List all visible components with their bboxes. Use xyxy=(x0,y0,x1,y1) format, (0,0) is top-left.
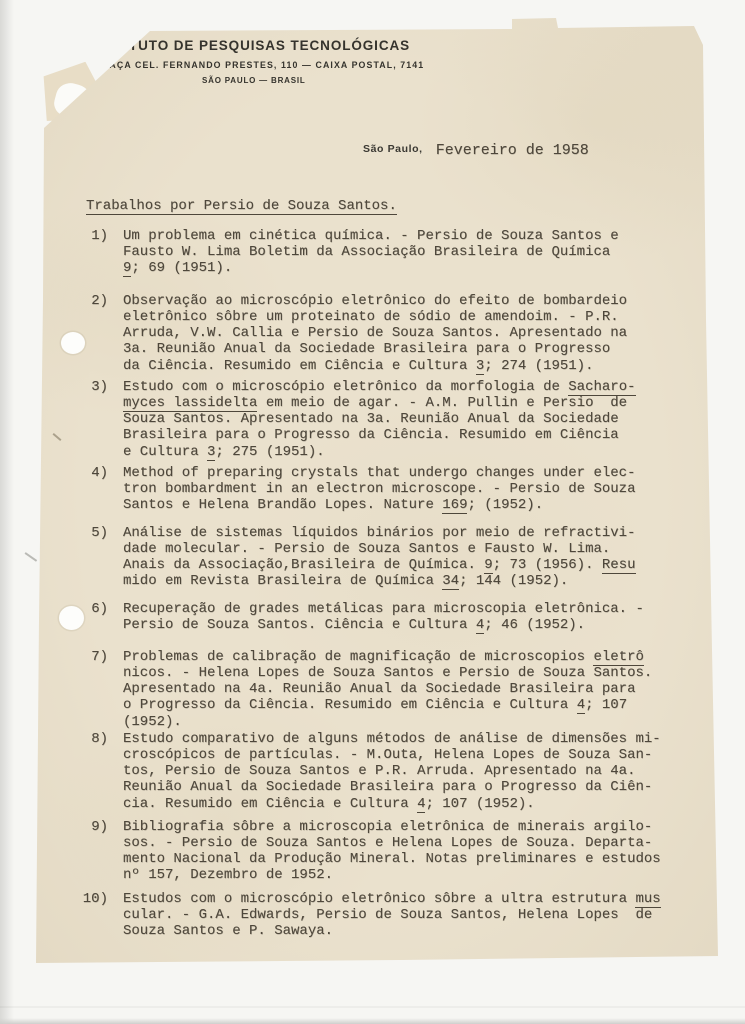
item-line: Santos e Helena Brandão Lopes. Nature 16… xyxy=(123,497,721,513)
item-line: Observação ao microscópio eletrônico do … xyxy=(123,293,721,309)
bibliography-item: 4)Method of preparing crystals that unde… xyxy=(56,465,721,513)
item-line: Souza Santos. Apresentado na 3a. Reunião… xyxy=(123,411,721,427)
scanner-seam xyxy=(0,1006,745,1008)
item-line: Apresentado na 4a. Reunião Anual da Soci… xyxy=(123,681,721,697)
punch-hole-bottom xyxy=(59,606,84,630)
bibliography-item: 7)Problemas de calibração de magnificaçã… xyxy=(56,649,721,730)
item-number: 2) xyxy=(56,293,108,309)
item-line: Anais da Associação,Brasileira de Químic… xyxy=(123,557,721,573)
pencil-mark xyxy=(25,552,37,561)
item-number: 4) xyxy=(56,465,108,481)
item-line: Brasileira para o Progresso da Ciência. … xyxy=(123,427,721,443)
item-line: nº 157, Dezembro de 1952. xyxy=(123,867,721,883)
item-number: 5) xyxy=(56,525,108,541)
bibliography-item: 8)Estudo comparativo de alguns métodos d… xyxy=(56,731,721,812)
item-line: sos. - Persio de Souza Santos e Helena L… xyxy=(123,835,721,851)
item-line: mido em Revista Brasileira de Química 34… xyxy=(123,573,721,589)
bibliography-item: 6)Recuperação de grades metálicas para m… xyxy=(56,601,721,633)
item-line: (1952). xyxy=(123,714,721,730)
institute-name: INSTITUTO DE PESQUISAS TECNOLÓGICAS xyxy=(90,38,410,53)
item-line: cular. - G.A. Edwards, Persio de Souza S… xyxy=(123,907,721,923)
institute-city: SÃO PAULO — BRASIL xyxy=(202,76,306,85)
item-line: cia. Resumido em Ciência e Cultura 4; 10… xyxy=(123,796,721,812)
item-line: croscópicos de partículas. - M.Outa, Hel… xyxy=(123,747,721,763)
item-line: Persio de Souza Santos. Ciência e Cultur… xyxy=(123,617,721,633)
dateline: São Paulo,Fevereiro de 1958 xyxy=(363,141,589,159)
item-line: tos, Persio de Souza Santos e P.R. Arrud… xyxy=(123,763,721,779)
item-line: Recuperação de grades metálicas para mic… xyxy=(123,601,721,617)
item-line: Arruda, V.W. Callia e Persio de Souza Sa… xyxy=(123,325,721,341)
item-line: Reunião Anual da Sociedade Brasileira pa… xyxy=(123,779,721,795)
item-line: myces lassidelta em meio de agar. - A.M.… xyxy=(123,395,721,411)
scanner-edge-bottom xyxy=(0,1018,745,1024)
bibliography-item: 3)Estudo com o microscópio eletrônico da… xyxy=(56,379,721,460)
item-line: mento Nacional da Produção Mineral. Nota… xyxy=(123,851,721,867)
dateline-date: Fevereiro de 1958 xyxy=(436,142,589,159)
item-line: eletrônico sôbre um proteinato de sódio … xyxy=(123,309,721,325)
scanned-page: INSTITUTO DE PESQUISAS TECNOLÓGICAS PRAÇ… xyxy=(0,0,745,1024)
item-line: 9; 69 (1951). xyxy=(123,260,721,276)
item-line: Estudo comparativo de alguns métodos de … xyxy=(123,731,721,747)
item-line: o Progresso da Ciência. Resumido em Ciên… xyxy=(123,697,721,713)
item-line: Bibliografia sôbre a microscopia eletrôn… xyxy=(123,819,721,835)
item-number: 8) xyxy=(56,731,108,747)
scanner-edge-left xyxy=(0,0,14,1024)
bibliography-item: 5)Análise de sistemas líquidos binários … xyxy=(56,525,721,590)
bibliography-item: 9)Bibliografia sôbre a microscopia eletr… xyxy=(56,819,721,884)
document-title-text: Trabalhos por Persio de Souza Santos. xyxy=(86,198,397,215)
item-line: Souza Santos e P. Sawaya. xyxy=(123,923,721,939)
item-number: 9) xyxy=(56,819,108,835)
item-line: da Ciência. Resumido em Ciência e Cultur… xyxy=(123,358,721,374)
item-line: Estudo com o microscópio eletrônico da m… xyxy=(123,379,721,395)
institute-address: PRAÇA CEL. FERNANDO PRESTES, 110 — CAIXA… xyxy=(95,60,424,70)
item-line: e Cultura 3; 275 (1951). xyxy=(123,444,721,460)
dateline-city: São Paulo, xyxy=(363,143,423,155)
item-number: 1) xyxy=(56,228,108,244)
bibliography-item: 10)Estudos com o microscópio eletrônico … xyxy=(56,891,721,939)
bibliography-item: 2)Observação ao microscópio eletrônico d… xyxy=(56,293,721,374)
item-line: tron bombardment in an electron microsco… xyxy=(123,481,721,497)
item-line: nicos. - Helena Lopes de Souza Santos e … xyxy=(123,665,721,681)
punch-hole-top xyxy=(61,332,85,354)
item-line: 3a. Reunião Anual da Sociedade Brasileir… xyxy=(123,341,721,357)
item-line: dade molecular. - Persio de Souza Santos… xyxy=(123,541,721,557)
document-title: Trabalhos por Persio de Souza Santos. xyxy=(86,198,397,214)
item-line: Method of preparing crystals that underg… xyxy=(123,465,721,481)
item-line: Estudos com o microscópio eletrônico sôb… xyxy=(123,891,721,907)
item-line: Análise de sistemas líquidos binários po… xyxy=(123,525,721,541)
item-line: Um problema em cinética química. - Persi… xyxy=(123,228,721,244)
item-line: Fausto W. Lima Boletim da Associação Bra… xyxy=(123,244,721,260)
item-number: 7) xyxy=(56,649,108,665)
item-line: Problemas de calibração de magnificação … xyxy=(123,649,721,665)
item-number: 10) xyxy=(56,891,108,907)
item-number: 3) xyxy=(56,379,108,395)
bibliography-item: 1)Um problema em cinética química. - Per… xyxy=(56,228,721,276)
